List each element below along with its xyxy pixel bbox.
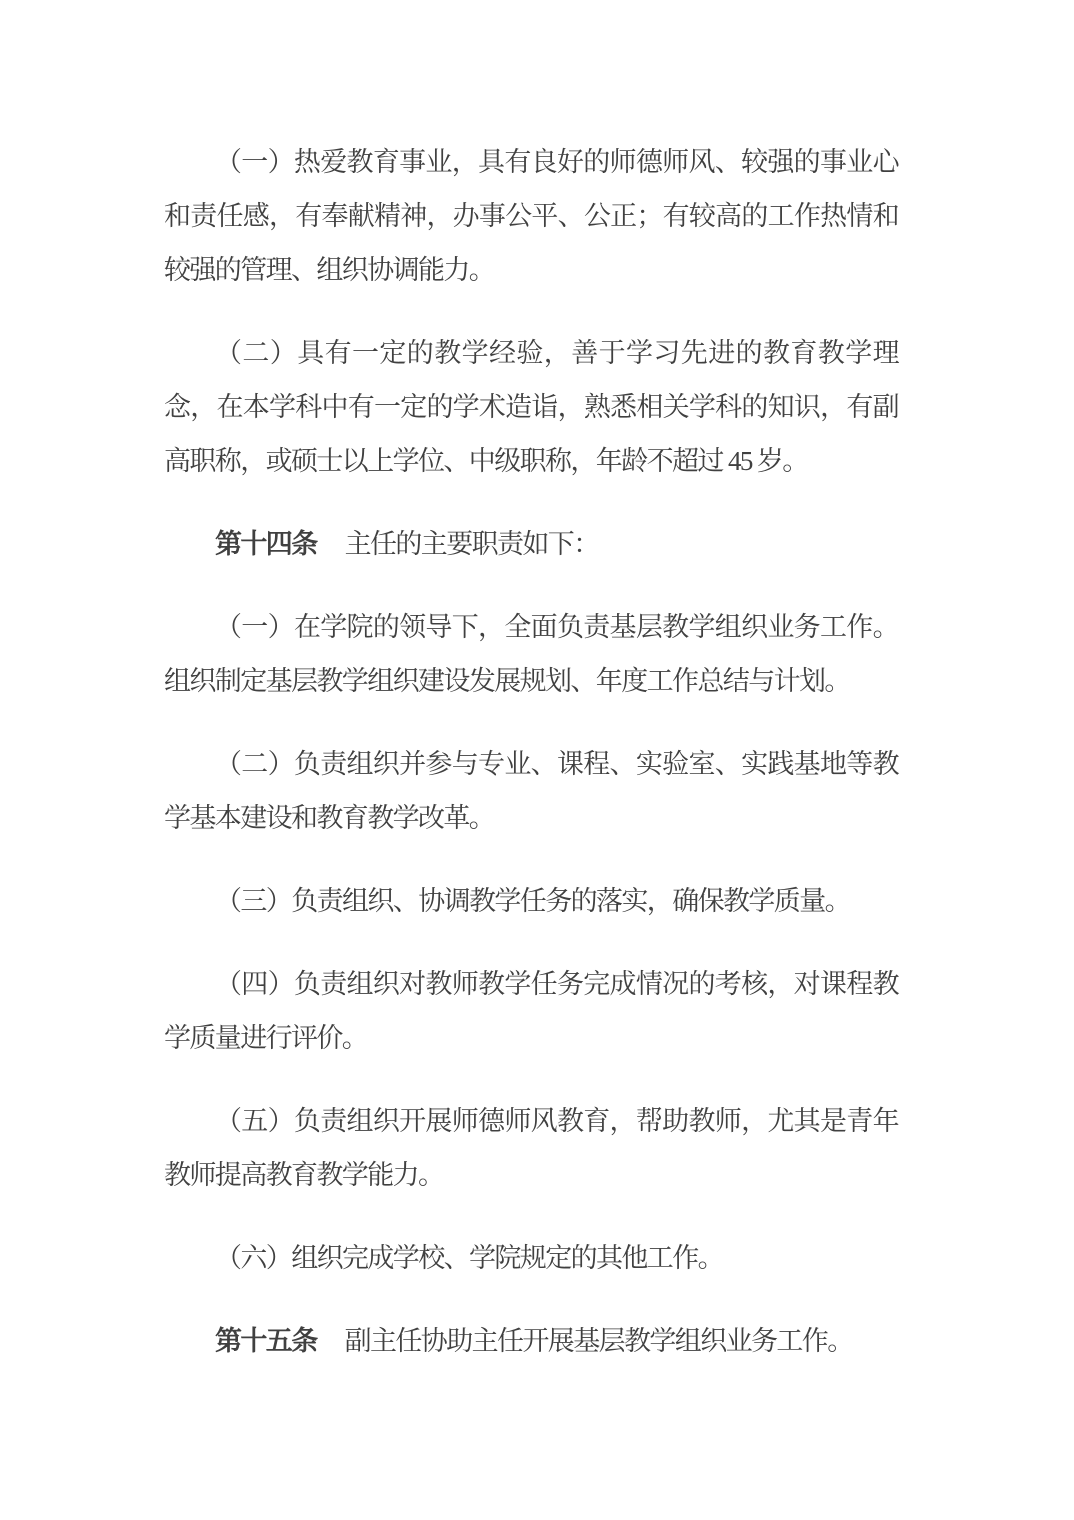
paragraph: （一）在学院的领导下，全面负责基层教学组织业务工作。组织制定基层教学组织建设发展… — [164, 600, 898, 708]
paragraph-text: （二）具有一定的教学经验，善于学习先进的教育教学理念，在本学科中有一定的学术造诣… — [164, 338, 898, 476]
paragraph-article-heading: 第十五条副主任协助主任开展基层教学组织业务工作。 — [164, 1314, 898, 1368]
paragraph-text: （四）负责组织对教师教学任务完成情况的考核，对课程教学质量进行评价。 — [164, 969, 898, 1053]
paragraph-text: 副主任协助主任开展基层教学组织业务工作。 — [345, 1326, 853, 1356]
paragraph: （四）负责组织对教师教学任务完成情况的考核，对课程教学质量进行评价。 — [164, 957, 898, 1065]
paragraph: （二）负责组织并参与专业、课程、实验室、实践基地等教学基本建设和教育教学改革。 — [164, 737, 898, 845]
paragraph: （三）负责组织、协调教学任务的落实，确保教学质量。 — [164, 874, 898, 928]
paragraph-text: （六）组织完成学校、学院规定的其他工作。 — [215, 1243, 723, 1273]
paragraph-text: （五）负责组织开展师德师风教育，帮助教师，尤其是青年教师提高教育教学能力。 — [164, 1106, 898, 1190]
document-page: （一）热爱教育事业，具有良好的师德师风、较强的事业心和责任感，有奉献精神，办事公… — [0, 0, 1074, 1520]
paragraph: （一）热爱教育事业，具有良好的师德师风、较强的事业心和责任感，有奉献精神，办事公… — [164, 135, 898, 297]
paragraph-text: （二）负责组织并参与专业、课程、实验室、实践基地等教学基本建设和教育教学改革。 — [164, 749, 898, 833]
paragraph: （六）组织完成学校、学院规定的其他工作。 — [164, 1231, 898, 1285]
paragraph-text: （三）负责组织、协调教学任务的落实，确保教学质量。 — [215, 886, 850, 916]
clause-number: 第十四条 — [215, 529, 317, 559]
paragraph-text: （一）热爱教育事业，具有良好的师德师风、较强的事业心和责任感，有奉献精神，办事公… — [164, 147, 898, 285]
paragraph: （五）负责组织开展师德师风教育，帮助教师，尤其是青年教师提高教育教学能力。 — [164, 1094, 898, 1202]
paragraph: （二）具有一定的教学经验，善于学习先进的教育教学理念，在本学科中有一定的学术造诣… — [164, 326, 898, 488]
paragraph-text: 主任的主要职责如下： — [345, 529, 599, 559]
clause-number: 第十五条 — [215, 1326, 317, 1356]
paragraph-article-heading: 第十四条主任的主要职责如下： — [164, 517, 898, 571]
paragraph-text: （一）在学院的领导下，全面负责基层教学组织业务工作。组织制定基层教学组织建设发展… — [164, 612, 898, 696]
